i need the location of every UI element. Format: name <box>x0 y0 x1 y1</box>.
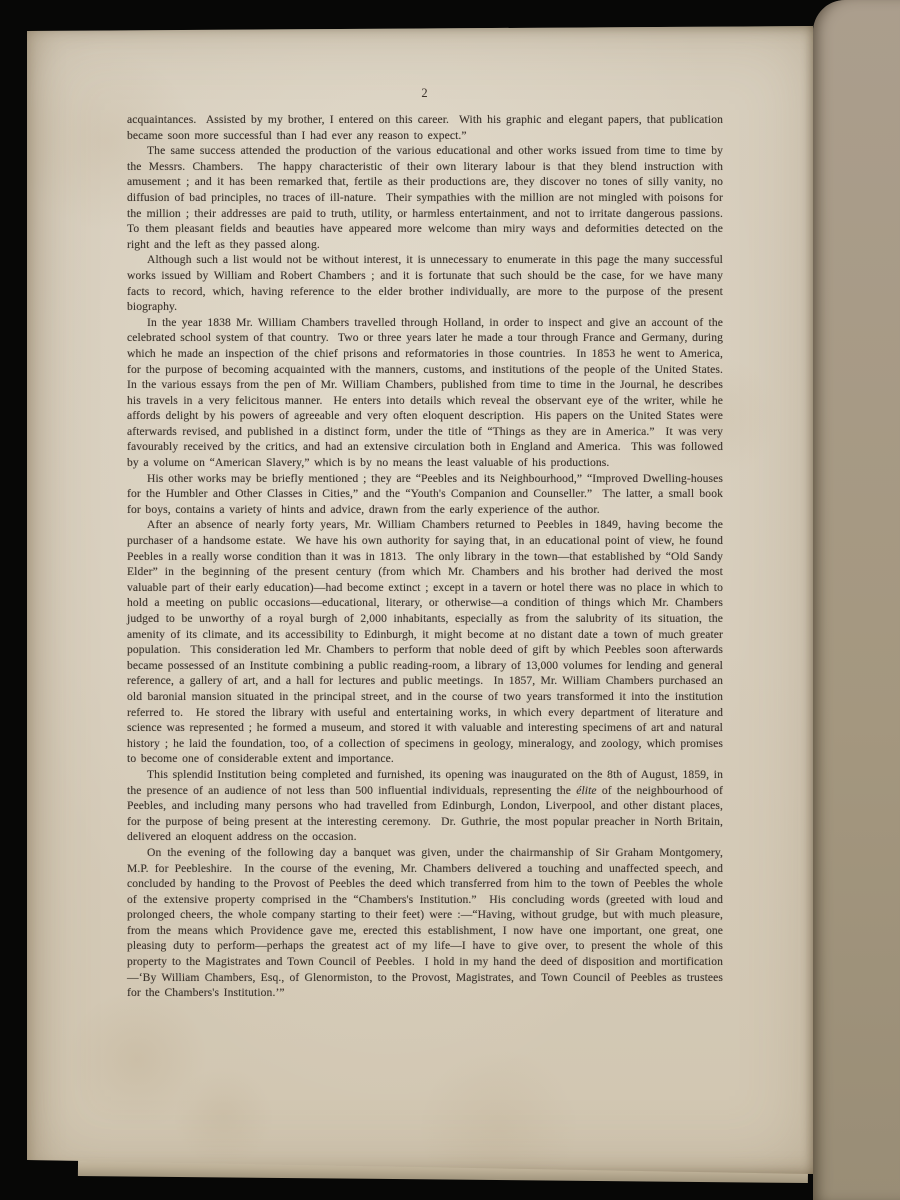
book-photo: 2 acquaintances. Assisted by my brother,… <box>0 0 900 1200</box>
paragraph: On the evening of the following day a ba… <box>127 845 723 1001</box>
paragraph: The same success attended the production… <box>127 143 723 252</box>
paragraph: His other works may be briefly mentioned… <box>127 471 723 518</box>
paragraph: After an absence of nearly forty years, … <box>127 517 723 767</box>
emphasis-text: élite <box>576 784 596 797</box>
book-page: 2 acquaintances. Assisted by my brother,… <box>27 26 813 1174</box>
paragraph: In the year 1838 Mr. William Chambers tr… <box>127 315 723 471</box>
paragraph: Although such a list would not be withou… <box>127 252 723 314</box>
paragraph: This splendid Institution being complete… <box>127 767 723 845</box>
paragraph: acquaintances. Assisted by my brother, I… <box>127 112 723 143</box>
text-column: 2 acquaintances. Assisted by my brother,… <box>127 86 723 1001</box>
adjacent-page-edge <box>813 0 900 1200</box>
page-number: 2 <box>127 86 723 101</box>
